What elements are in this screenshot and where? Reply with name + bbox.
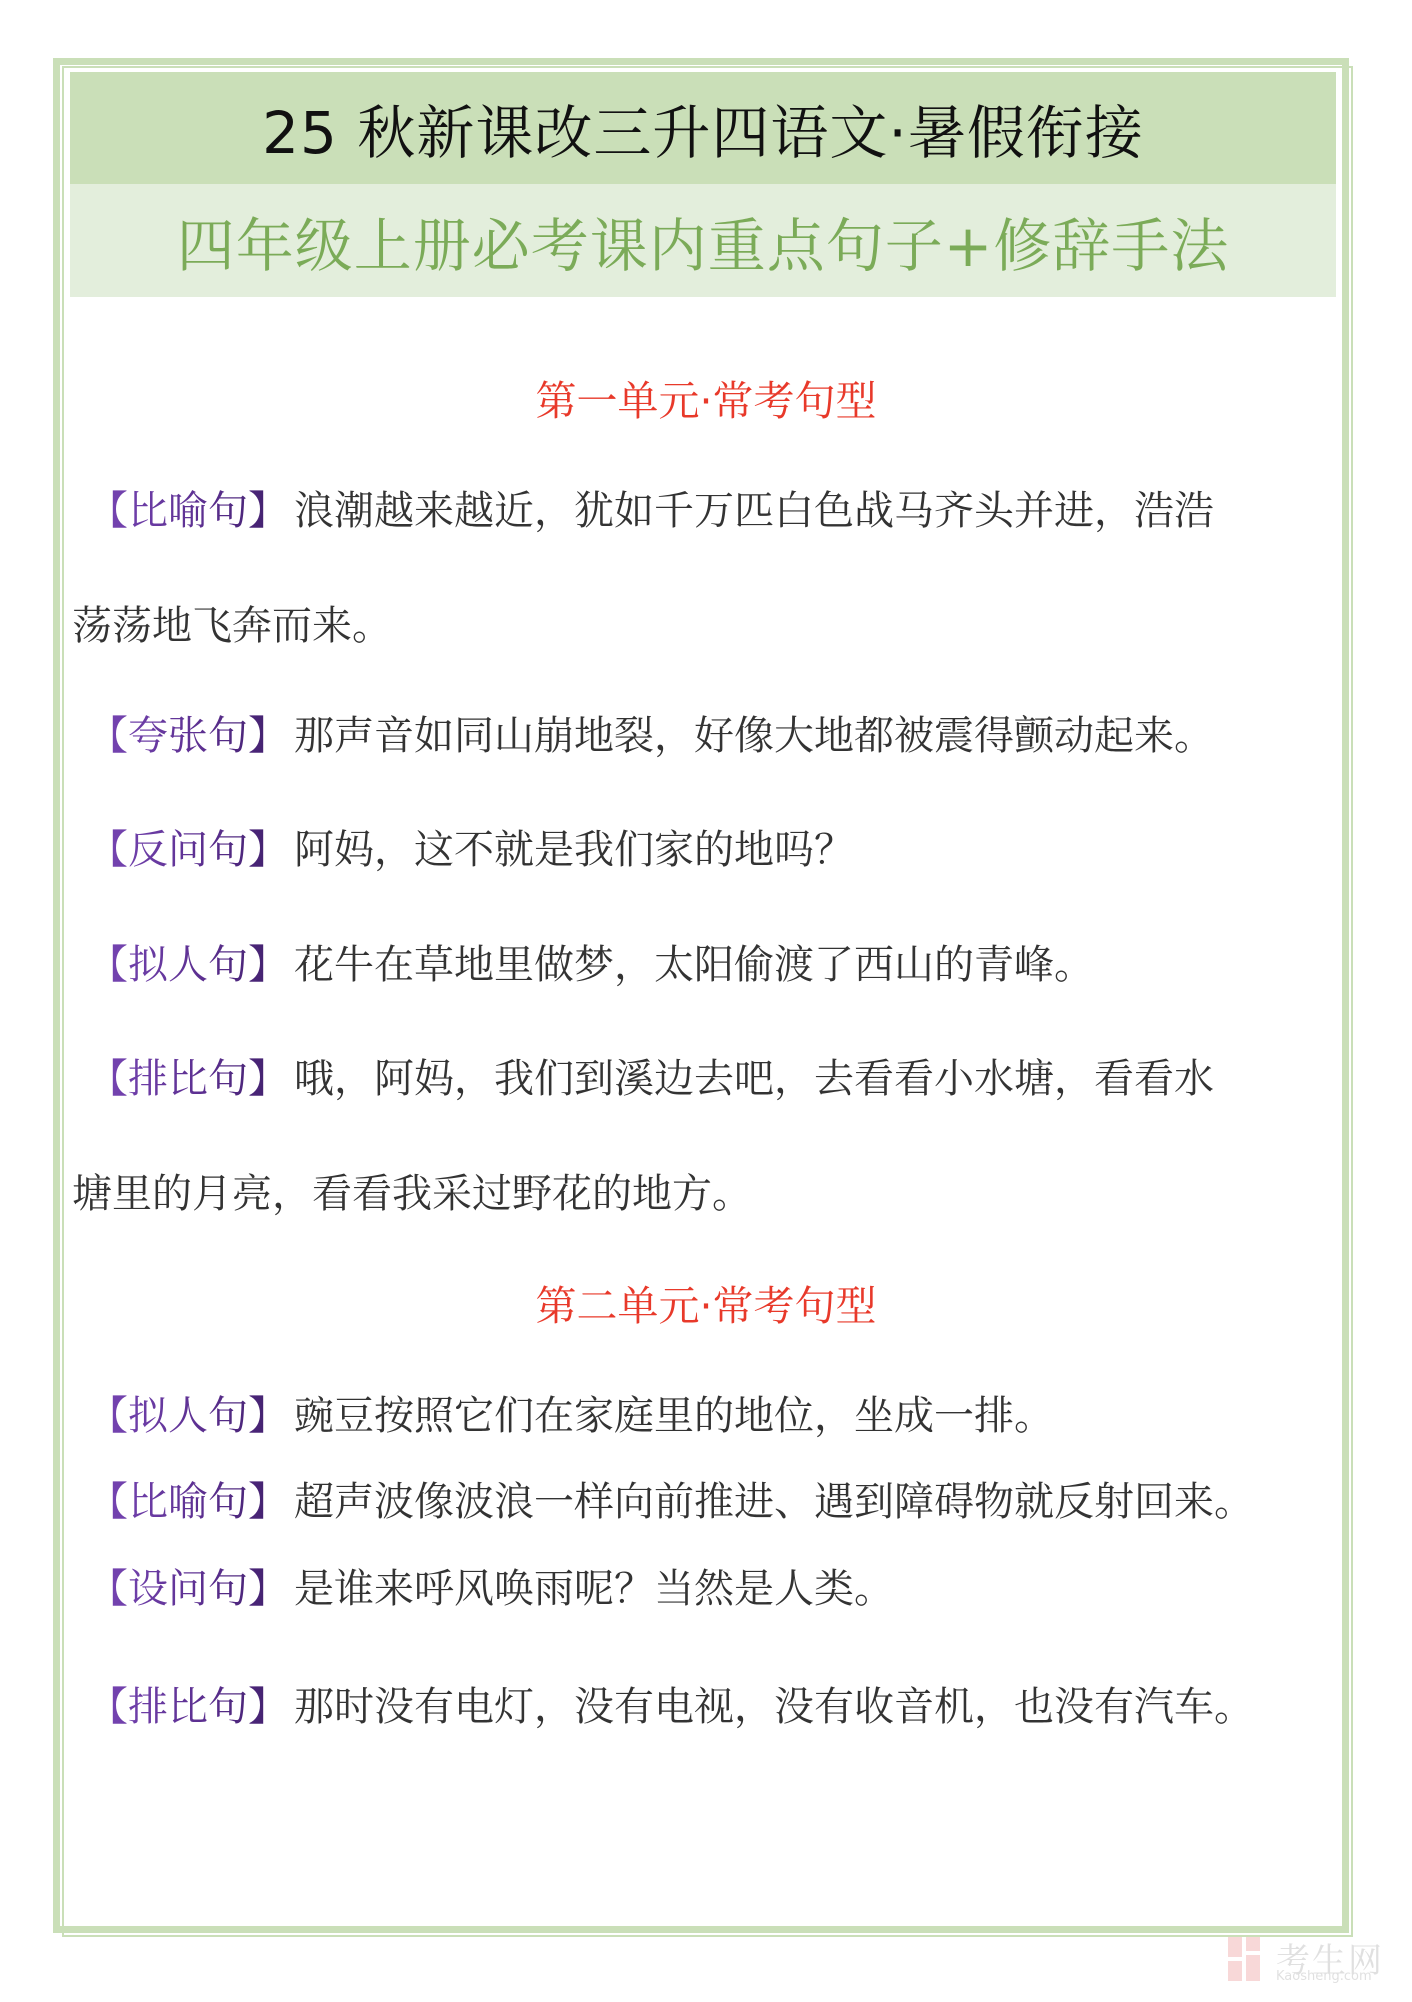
rhetoric-label: 【排比句】	[88, 1047, 288, 1104]
sentence-text: 哦，阿妈，我们到溪边去吧，去看看小水塘，看看水	[294, 1047, 1214, 1104]
sentence-continuation: 塘里的月亮，看看我采过野花的地方。	[72, 1160, 1342, 1220]
watermark-domain: Kaosheng.com	[1276, 1969, 1372, 1984]
sentence-text: 超声波像波浪一样向前推进、遇到障碍物就反射回来。	[294, 1470, 1254, 1527]
watermark: 考生网 Kaosheng.com	[1228, 1937, 1398, 1987]
rhetoric-label: 【比喻句】	[88, 1470, 288, 1527]
rhetoric-label: 【设问句】	[88, 1557, 288, 1614]
page-subtitle: 四年级上册必考课内重点句子+修辞手法	[177, 199, 1230, 283]
sentence-item: 【夸张句】 那声音如同山崩地裂，好像大地都被震得颤动起来。	[88, 702, 1348, 762]
watermark-logo-icon	[1228, 1937, 1268, 1981]
sentence-item: 【拟人句】 豌豆按照它们在家庭里的地位，坐成一排。	[88, 1382, 1348, 1442]
sentence-continuation: 荡荡地飞奔而来。	[72, 592, 1342, 652]
header-banner: 25 秋新课改三升四语文·暑假衔接 四年级上册必考课内重点句子+修辞手法	[70, 72, 1336, 297]
rhetoric-label: 【比喻句】	[88, 479, 288, 536]
sentence-text: 花牛在草地里做梦，太阳偷渡了西山的青峰。	[294, 933, 1094, 990]
sentence-text: 那声音如同山崩地裂，好像大地都被震得颤动起来。	[294, 704, 1214, 761]
title-band: 25 秋新课改三升四语文·暑假衔接	[70, 72, 1336, 184]
sentence-item: 【设问句】 是谁来呼风唤雨呢？当然是人类。	[88, 1555, 1348, 1615]
sentence-item: 【拟人句】 花牛在草地里做梦，太阳偷渡了西山的青峰。	[88, 931, 1348, 991]
sentence-text: 浪潮越来越近，犹如千万匹白色战马齐头并进，浩浩	[294, 479, 1214, 536]
sentence-text: 那时没有电灯，没有电视，没有收音机，也没有汽车。	[294, 1675, 1254, 1732]
sentence-text: 阿妈，这不就是我们家的地吗？	[294, 818, 854, 875]
section-heading-unit-2: 第二单元·常考句型	[0, 1272, 1412, 1332]
sentence-text: 是谁来呼风唤雨呢？当然是人类。	[294, 1557, 894, 1614]
sentence-item: 【排比句】 那时没有电灯，没有电视，没有收音机，也没有汽车。	[88, 1673, 1348, 1733]
sentence-text: 豌豆按照它们在家庭里的地位，坐成一排。	[294, 1384, 1054, 1441]
rhetoric-label: 【拟人句】	[88, 1384, 288, 1441]
page-frame-inner	[62, 66, 1353, 1937]
rhetoric-label: 【夸张句】	[88, 704, 288, 761]
sentence-item: 【比喻句】 浪潮越来越近，犹如千万匹白色战马齐头并进，浩浩	[88, 477, 1348, 537]
page-title: 25 秋新课改三升四语文·暑假衔接	[262, 86, 1144, 170]
section-heading-unit-1: 第一单元·常考句型	[0, 367, 1412, 427]
sentence-item: 【反问句】 阿妈，这不就是我们家的地吗？	[88, 816, 1348, 876]
rhetoric-label: 【拟人句】	[88, 933, 288, 990]
sentence-item: 【排比句】 哦，阿妈，我们到溪边去吧，去看看小水塘，看看水	[88, 1045, 1348, 1105]
sentence-item: 【比喻句】 超声波像波浪一样向前推进、遇到障碍物就反射回来。	[88, 1468, 1348, 1528]
subtitle-band: 四年级上册必考课内重点句子+修辞手法	[70, 184, 1336, 297]
rhetoric-label: 【反问句】	[88, 818, 288, 875]
rhetoric-label: 【排比句】	[88, 1675, 288, 1732]
